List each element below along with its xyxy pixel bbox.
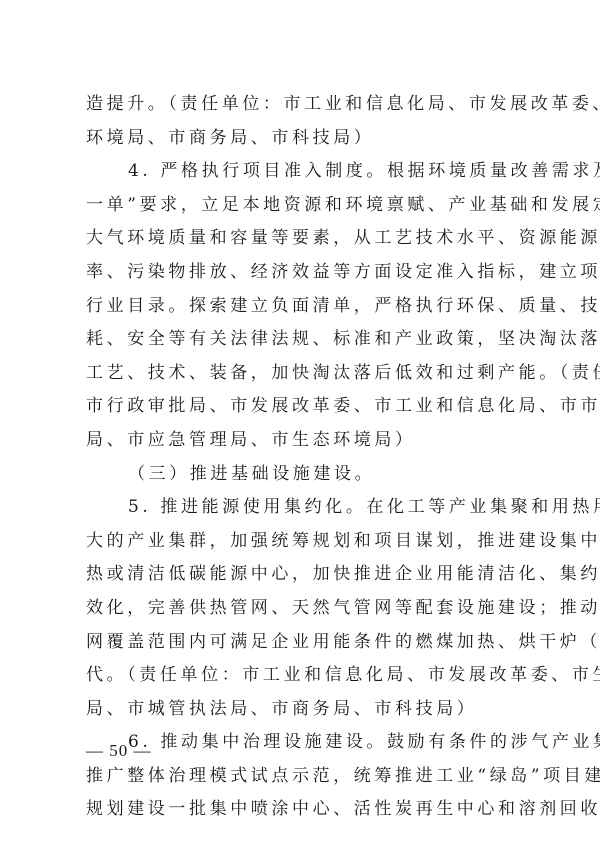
- text-line: 规划建设一批集中喷涂中心、活性炭再生中心和溶剂回收处置中: [86, 793, 516, 827]
- document-body: 造提升。（责任单位：市工业和信息化局、市发展改革委、市生态 环境局、市商务局、市…: [86, 88, 516, 827]
- text-line: 网覆盖范围内可满足企业用能条件的燃煤加热、烘干炉（窑）替: [86, 626, 516, 660]
- text-line: 一单”要求，立足本地资源和环境禀赋、产业基础和发展定位、: [86, 189, 516, 223]
- text-line: 市行政审批局、市发展改革委、市工业和信息化局、市市场监管: [86, 390, 516, 424]
- text-line: 工艺、技术、装备，加快淘汰落后低效和过剩产能。（责任单位：: [86, 357, 516, 391]
- text-line: 热或清洁低碳能源中心，加快推进企业用能清洁化、集约化、高: [86, 558, 516, 592]
- text-line: 环境局、市商务局、市科技局）: [86, 122, 516, 156]
- text-line: 行业目录。探索建立负面清单，严格执行环保、质量、技术、能: [86, 290, 516, 324]
- text-line: 推广整体治理模式试点示范，统筹推进工业“绿岛”项目建设，: [86, 760, 516, 794]
- text-line: 大的产业集群，加强统筹规划和项目谋划，推进建设集中供汽供: [86, 525, 516, 559]
- text-line: 效化，完善供热管网、天然气管网等配套设施建设；推动供热管: [86, 592, 516, 626]
- paragraph-item-5-start: 5. 推进能源使用集约化。在化工等产业集聚和用热用能需求: [86, 491, 516, 525]
- section-heading: （三）推进基础设施建设。: [86, 458, 516, 492]
- text-line: 局、市城管执法局、市商务局、市科技局）: [86, 693, 516, 727]
- paragraph-item-4-start: 4. 严格执行项目准入制度。根据环境质量改善需求及“三线: [86, 155, 516, 189]
- text-line: 率、污染物排放、经济效益等方面设定准入指标，建立项目准入: [86, 256, 516, 290]
- text-line: 大气环境质量和容量等要素，从工艺技术水平、资源能源利用效: [86, 222, 516, 256]
- page-number: — 50 —: [86, 741, 152, 761]
- text-line: 局、市应急管理局、市生态环境局）: [86, 424, 516, 458]
- text-line: 造提升。（责任单位：市工业和信息化局、市发展改革委、市生态: [86, 88, 516, 122]
- text-line: 代。（责任单位：市工业和信息化局、市发展改革委、市生态环境: [86, 659, 516, 693]
- text-line: 耗、安全等有关法律法规、标准和产业政策，坚决淘汰落后生产: [86, 323, 516, 357]
